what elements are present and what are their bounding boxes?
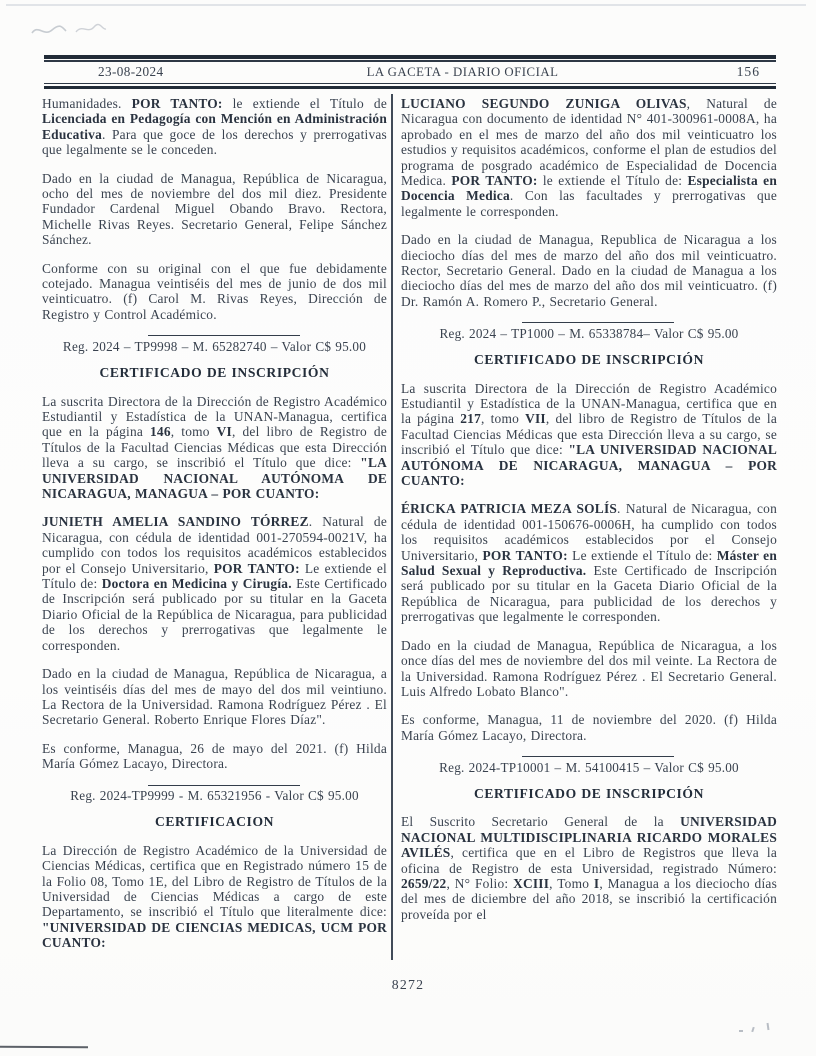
certificate-paragraph: Dado en la ciudad de Managua, República …	[42, 666, 387, 728]
text-segment: Es conforme, Managua, 26 de mayo del 202…	[42, 741, 387, 771]
text-segment: Le extiende el Título de:	[568, 548, 717, 563]
tear-line	[148, 335, 300, 336]
bold-text-segment: VII	[525, 411, 546, 426]
bold-text-segment: ÉRICKA PATRICIA MEZA SOLÍS	[401, 501, 617, 516]
header-row: 23-08-2024 LA GACETA - DIARIO OFICIAL 15…	[44, 62, 776, 83]
bold-text-segment: LUCIANO SEGUNDO ZUNIGA OLIVAS	[401, 96, 687, 111]
section-heading: CERTIFICADO DE INSCRIPCIÓN	[401, 352, 777, 367]
certificate-paragraph: Dado en la ciudad de Managua, República …	[401, 638, 777, 700]
text-segment: , tomo	[171, 424, 217, 439]
gazette-scanned-page: 23-08-2024 LA GACETA - DIARIO OFICIAL 15…	[0, 0, 816, 1056]
text-segment: , certifica que en el Libro de Registros…	[401, 845, 777, 875]
bold-text-segment: POR TANTO:	[451, 173, 537, 188]
registration-text: Reg. 2024-TP10001 – M. 54100415 – Valor …	[439, 760, 739, 775]
certificate-paragraph: Es conforme, Managua, 26 de mayo del 202…	[42, 741, 387, 772]
text-segment: le extiende el Título de:	[538, 173, 688, 188]
gazette-header: 23-08-2024 LA GACETA - DIARIO OFICIAL 15…	[44, 55, 776, 89]
text-segment: Dado en la ciudad de Managua, República …	[401, 638, 777, 699]
bold-text-segment: XCIII	[513, 876, 549, 891]
registration-line: Reg. 2024-TP10001 – M. 54100415 – Valor …	[401, 756, 777, 775]
text-segment: le extiende el Título de	[223, 96, 387, 111]
text-segment: El Suscrito Secretario General de la	[401, 814, 680, 829]
text-segment: La Dirección de Registro Académico de la…	[42, 843, 387, 920]
certificate-paragraph: Dado en la ciudad de Managua, Republica …	[401, 232, 777, 309]
handwritten-mark	[28, 20, 110, 49]
registration-line: Reg. 2024 – TP9998 – M. 65282740 – Valor…	[42, 335, 387, 354]
bold-text-segment: Doctora en Medicina y Cirugía.	[102, 576, 292, 591]
text-segment: Dado en la ciudad de Managua, República …	[42, 171, 387, 248]
text-segment: Conforme con su original con el que fue …	[42, 261, 387, 322]
bold-text-segment: 146	[150, 424, 171, 439]
registration-line: Reg. 2024 – TP1000 – M. 65338784– Valor …	[401, 322, 777, 341]
scan-edge-line	[6, 4, 806, 6]
left-column: Humanidades. POR TANTO: le extiende el T…	[42, 96, 387, 964]
right-column: LUCIANO SEGUNDO ZUNIGA OLIVAS, Natural d…	[401, 96, 777, 935]
bold-text-segment: POR TANTO:	[132, 96, 223, 111]
header-page-number: 156	[666, 64, 776, 80]
certificate-paragraph: Dado en la ciudad de Managua, República …	[42, 171, 387, 248]
header-rule-top-thick	[44, 55, 776, 59]
section-heading: CERTIFICADO DE INSCRIPCIÓN	[401, 786, 777, 801]
certificate-paragraph: Es conforme, Managua, 11 de noviembre de…	[401, 712, 777, 743]
text-segment: Dado en la ciudad de Managua, Republica …	[401, 232, 777, 309]
registration-text: Reg. 2024-TP9999 - M. 65321956 - Valor C…	[70, 788, 359, 803]
tear-line	[522, 322, 674, 323]
text-segment: Humanidades.	[42, 96, 132, 111]
bold-text-segment: 2659/22	[401, 876, 446, 891]
tear-line	[148, 785, 300, 786]
certificate-paragraph: Humanidades. POR TANTO: le extiende el T…	[42, 96, 387, 158]
registration-text: Reg. 2024 – TP1000 – M. 65338784– Valor …	[439, 326, 738, 341]
registration-text: Reg. 2024 – TP9998 – M. 65282740 – Valor…	[63, 339, 366, 354]
bold-text-segment: VI	[217, 424, 232, 439]
certificate-paragraph: La Dirección de Registro Académico de la…	[42, 843, 387, 951]
scan-speck	[767, 1023, 770, 1030]
text-segment: Dado en la ciudad de Managua, República …	[42, 666, 387, 727]
section-heading: CERTIFICADO DE INSCRIPCIÓN	[42, 365, 387, 380]
issue-date: 23-08-2024	[44, 64, 259, 80]
certificate-paragraph: La suscrita Directora de la Dirección de…	[42, 394, 387, 502]
bold-text-segment: JUNIETH AMELIA SANDINO TÓRREZ	[42, 514, 309, 529]
scan-artifact-line	[0, 1046, 88, 1049]
header-rule-bottom-thin	[44, 83, 776, 84]
text-segment: , tomo	[481, 411, 525, 426]
bold-text-segment: 217	[460, 411, 481, 426]
bold-text-segment: POR TANTO:	[483, 548, 568, 563]
scan-speck	[751, 1027, 754, 1032]
bold-text-segment: "UNIVERSIDAD DE CIENCIAS MEDICAS, UCM PO…	[42, 920, 387, 950]
footer-page-number: 8272	[0, 977, 816, 993]
certificate-paragraph: LUCIANO SEGUNDO ZUNIGA OLIVAS, Natural d…	[401, 96, 777, 219]
gazette-title: LA GACETA - DIARIO OFICIAL	[259, 65, 666, 80]
header-rule-bottom-thick	[44, 86, 776, 90]
scan-speck	[739, 1030, 743, 1032]
certificate-paragraph: Conforme con su original con el que fue …	[42, 261, 387, 323]
bold-text-segment: POR TANTO:	[214, 561, 300, 576]
text-segment: Es conforme, Managua, 11 de noviembre de…	[401, 712, 777, 742]
tear-line	[522, 756, 674, 757]
text-segment: , N° Folio:	[446, 876, 513, 891]
section-heading: CERTIFICACION	[42, 814, 387, 829]
certificate-paragraph: El Suscrito Secretario General de la UNI…	[401, 814, 777, 922]
squiggle-icon	[28, 20, 110, 44]
text-segment: , Tomo	[549, 876, 594, 891]
certificate-paragraph: JUNIETH AMELIA SANDINO TÓRREZ. Natural d…	[42, 514, 387, 653]
column-divider	[391, 94, 393, 960]
registration-line: Reg. 2024-TP9999 - M. 65321956 - Valor C…	[42, 785, 387, 804]
certificate-paragraph: ÉRICKA PATRICIA MEZA SOLÍS. Natural de N…	[401, 501, 777, 624]
certificate-paragraph: La suscrita Directora de la Dirección de…	[401, 381, 777, 489]
